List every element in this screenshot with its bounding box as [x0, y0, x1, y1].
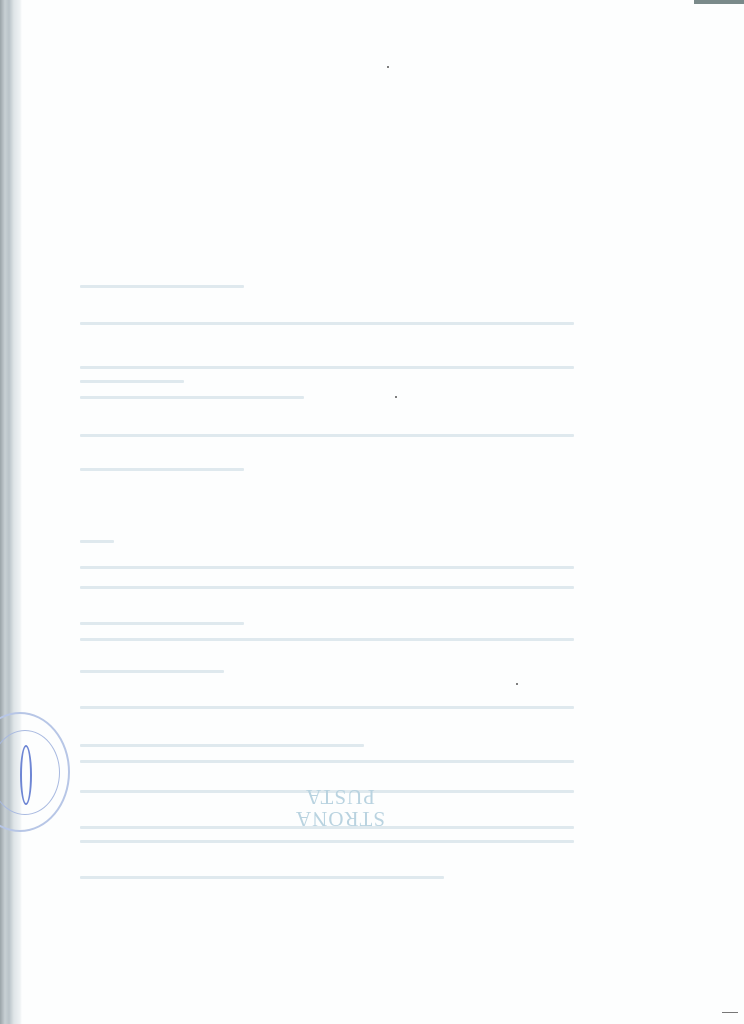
- scan-speck: [395, 396, 397, 398]
- scan-edge-mark: [722, 1012, 738, 1013]
- stamp-line-2: PUSTA: [280, 786, 400, 808]
- scan-speck: [516, 683, 518, 685]
- binding-edge: [0, 0, 22, 1024]
- blank-page-stamp: STRONA PUSTA: [280, 786, 400, 830]
- stamp-line-1: STRONA: [280, 808, 400, 830]
- scan-speck: [387, 66, 389, 68]
- scan-edge-mark: [694, 0, 744, 4]
